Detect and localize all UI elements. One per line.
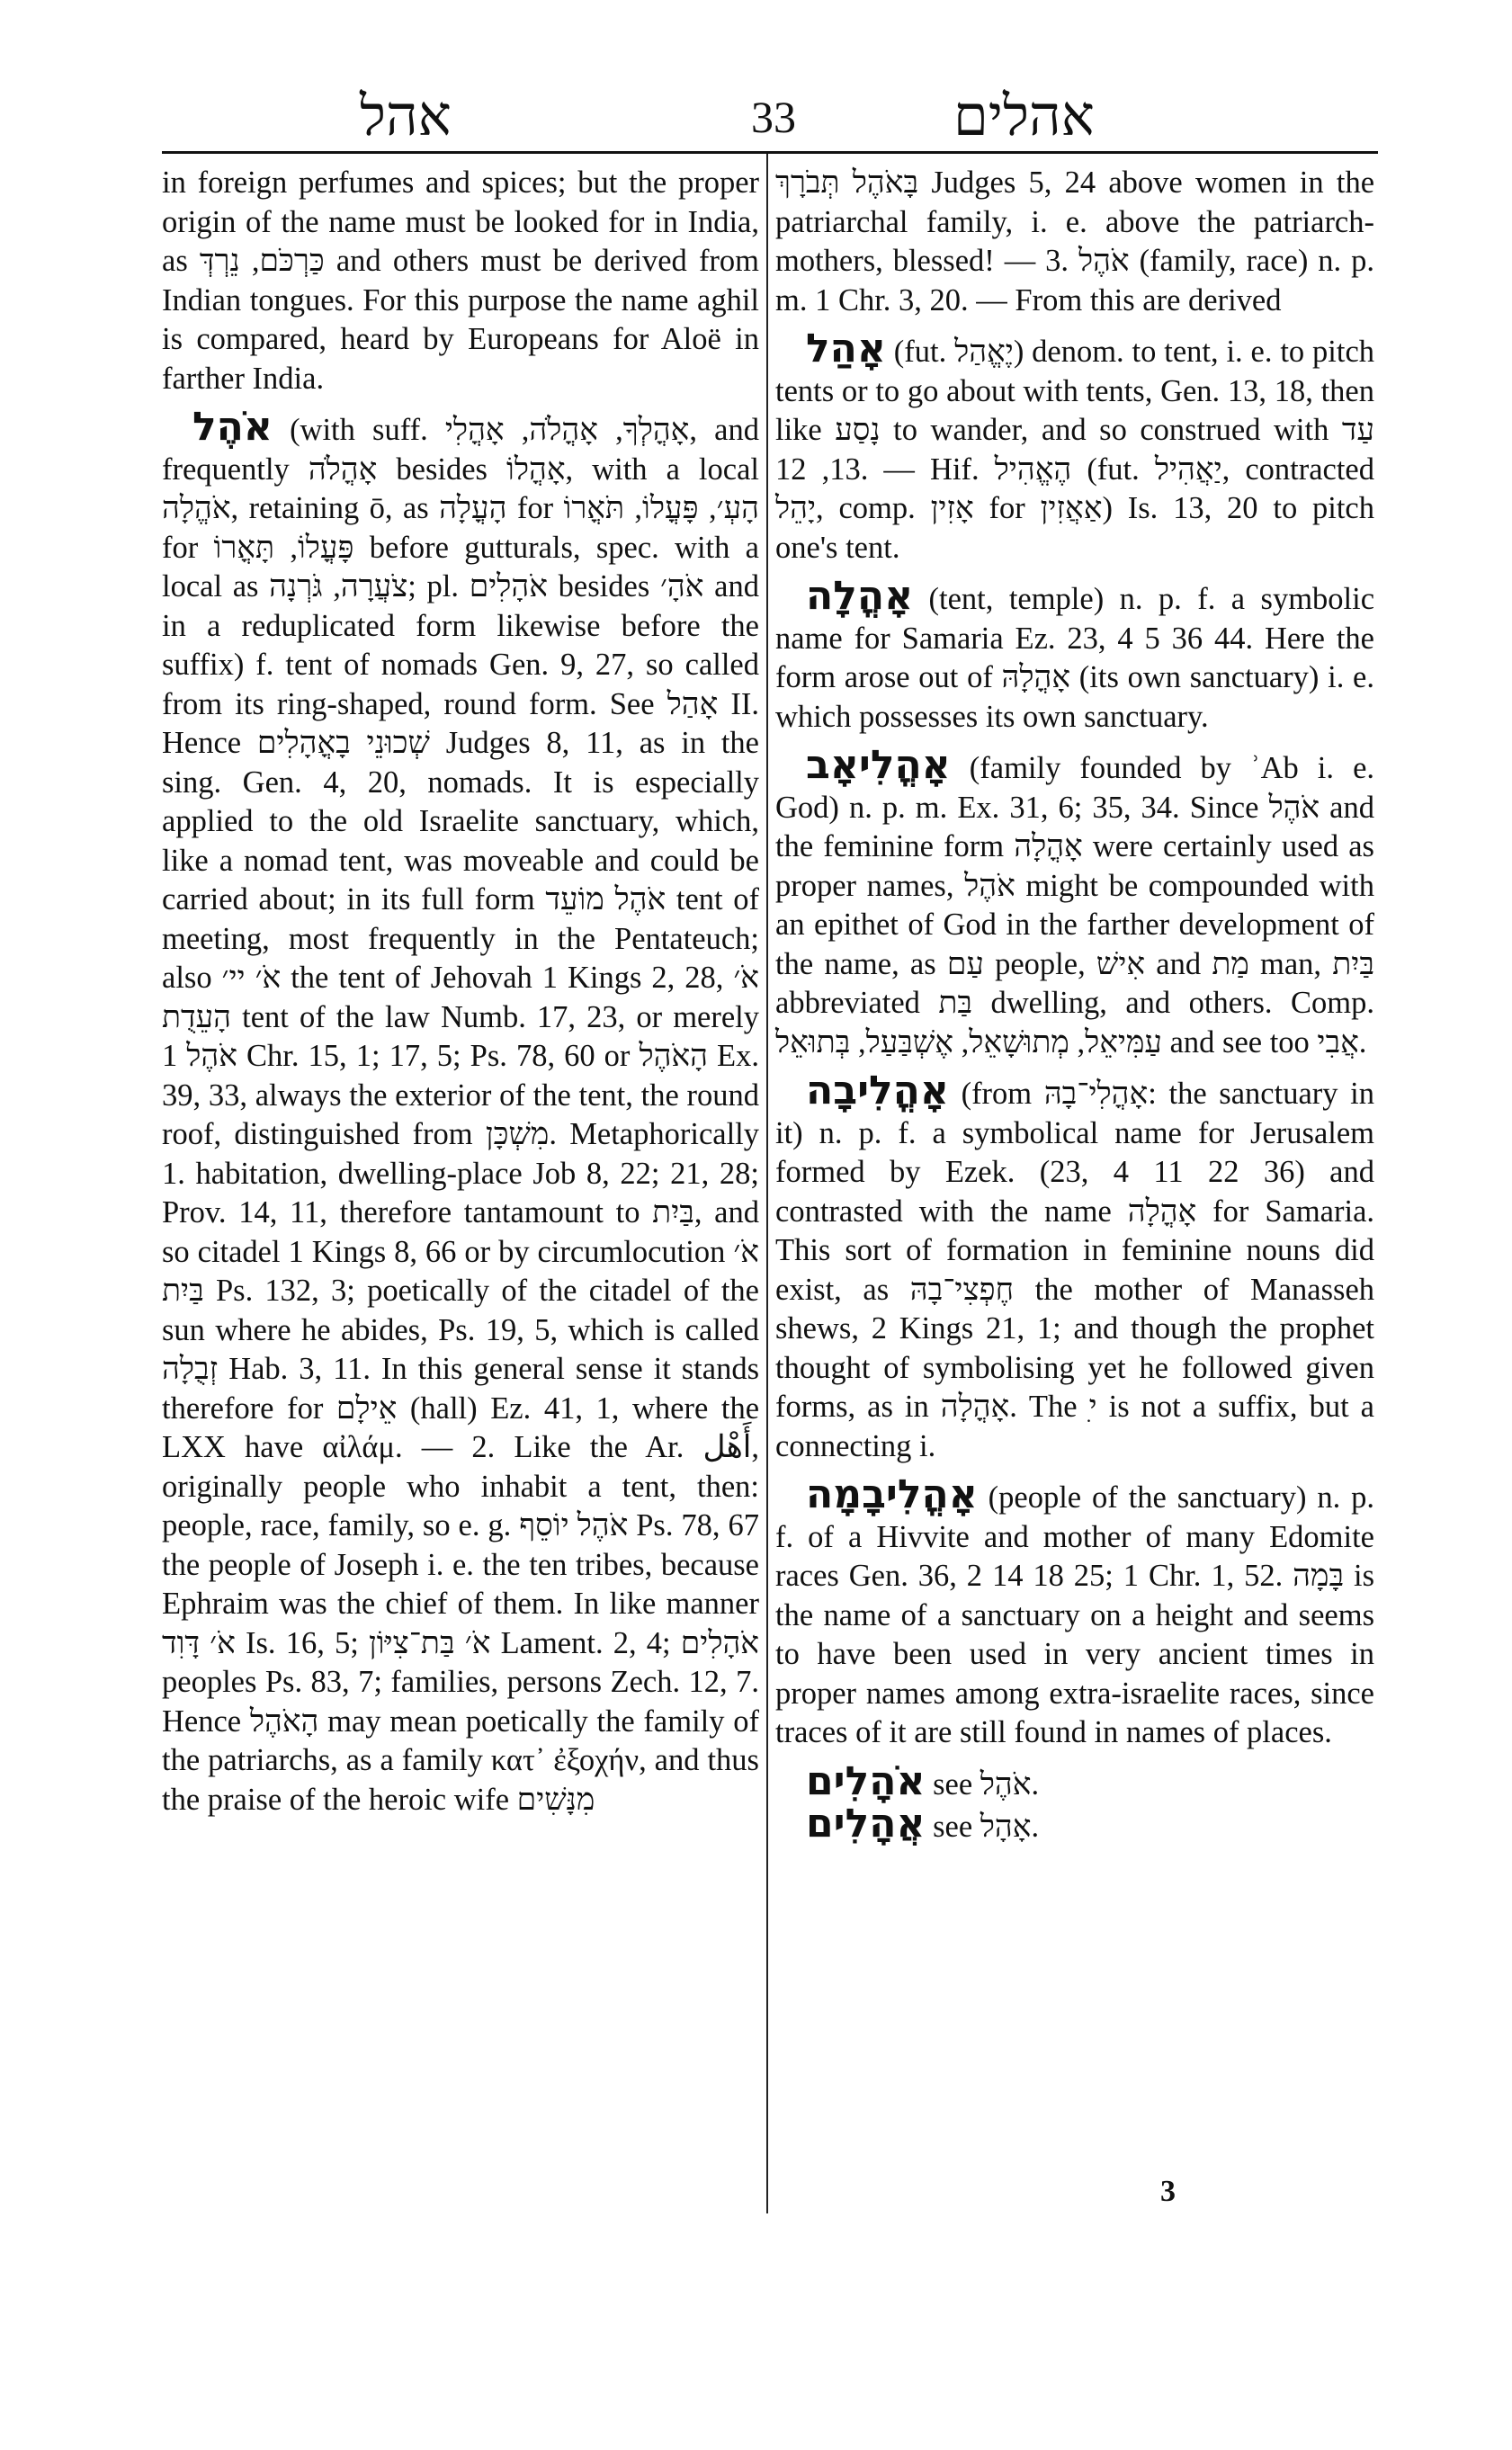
continued-paragraph: בָּאֹהֶל תְּבֹרָךְ Judges 5, 24 above wo…: [775, 164, 1374, 320]
entry-oholibamah: אָהֳלִיבָמָה (people of the sanctuary) n…: [775, 1475, 1374, 1753]
header-rule: [162, 151, 1378, 154]
entry-ohalim-2: אֲהָלִים see אָהָל.: [775, 1804, 1374, 1847]
entry-ahal-verb: אָהַל (fut. יֶאֱהַל) denom. to tent, i. …: [775, 329, 1374, 568]
entry-oholah: אָהֳלָה (tent, temple) n. p. f. a symbol…: [775, 577, 1374, 737]
entry-body: (people of the sanctuary) n. p. f. of a …: [775, 1480, 1374, 1749]
continued-paragraph: in foreign perfumes and spices; but the …: [162, 164, 759, 398]
entry-body: (family founded by ʾAb i. e. God) n. p. …: [775, 751, 1374, 1060]
right-column: בָּאֹהֶל תְּבֹרָךְ Judges 5, 24 above wo…: [775, 164, 1374, 1847]
entry-headword: אָהֳלִיבָמָה: [806, 1471, 978, 1517]
signature-mark: 3: [1160, 2175, 1176, 2209]
running-header: אהל 33 אהלים: [162, 85, 1378, 148]
entry-headword: אֲהָלִים: [806, 1801, 925, 1846]
entry-headword: אֹהֶל: [192, 404, 273, 450]
entry-body: (with suff. אָהֳלְךָ, אָהֳלֹה, אָהֳלִי, …: [162, 413, 759, 1817]
entry-headword: אָהַל: [806, 326, 886, 371]
entry-ohel: אֹהֶל (with suff. אָהֳלְךָ, אָהֳלֹה, אָה…: [162, 407, 759, 1820]
left-column: in foreign perfumes and spices; but the …: [162, 164, 759, 1820]
entry-oholiab: אָהֳלִיאָב (family founded by ʾAb i. e. …: [775, 746, 1374, 1062]
entry-headword: אָהֳלִיבָה: [806, 1068, 949, 1113]
entry-ohalim-1: אֹהָלִים see אֹהֶל.: [775, 1762, 1374, 1805]
entry-headword: אָהֳלִיאָב: [806, 742, 951, 788]
column-divider: [766, 154, 768, 2213]
entry-oholibah: אָהֳלִיבָה (from אָהֳלִי־בָהּ: the sanct…: [775, 1071, 1374, 1466]
entry-body: see אָהָל.: [933, 1810, 1039, 1844]
left-running-headword: אהל: [360, 85, 452, 149]
entry-headword: אָהֳלָה: [806, 573, 913, 619]
entry-headword: אֹהָלִים: [806, 1758, 925, 1804]
page-number: 33: [720, 91, 828, 143]
entry-body: (from אָהֳלִי־בָהּ: the sanctuary in it)…: [775, 1077, 1374, 1463]
right-running-headword: אהלים: [953, 85, 1095, 149]
entry-body: see אֹהֶל.: [933, 1767, 1039, 1802]
